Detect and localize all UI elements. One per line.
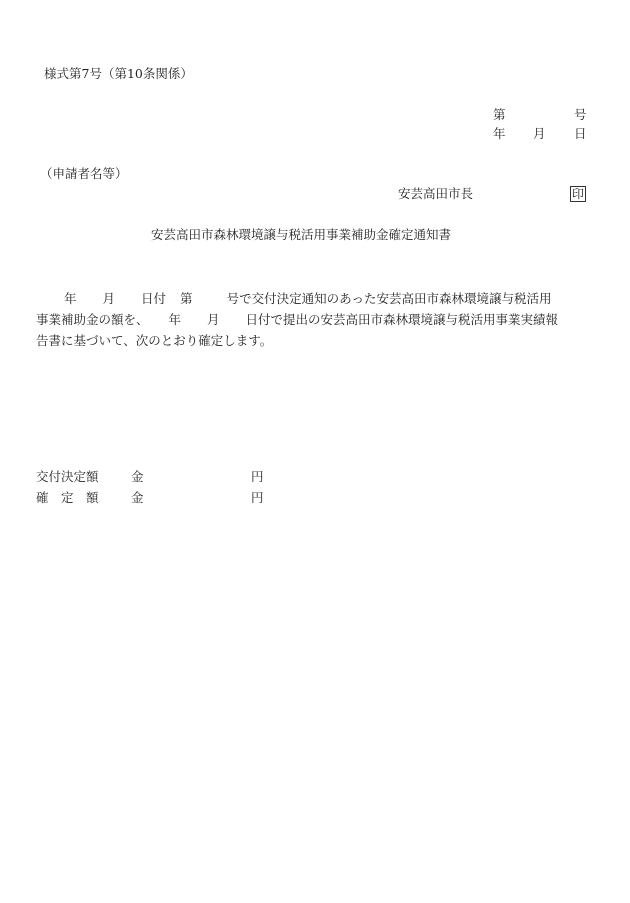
body-dai: 第 bbox=[180, 291, 193, 306]
doc-number-dai: 第 bbox=[493, 109, 506, 122]
body-line2-start: 事業補助金の額を、 bbox=[36, 312, 149, 327]
body-paragraph: 年月日付第号で交付決定通知のあった安芸高田市森林環境譲与税活用 事業補助金の額を… bbox=[36, 288, 592, 351]
amount-yen: 円 bbox=[251, 467, 264, 485]
amount-row-confirmed: 確 定 額 金 円 bbox=[0, 488, 630, 504]
seal-mark: 印 bbox=[570, 186, 586, 202]
amount-kin: 金 bbox=[131, 467, 144, 485]
body-line2-rest: 日付で提出の安芸高田市森林環境譲与税活用事業実績報 bbox=[246, 312, 559, 327]
body-month: 月 bbox=[103, 291, 116, 306]
date-day: 日 bbox=[574, 128, 587, 141]
body-year: 年 bbox=[64, 291, 77, 306]
applicant-label: （申請者名等） bbox=[40, 168, 128, 181]
document-title: 安芸高田市森林環境譲与税活用事業補助金確定通知書 bbox=[151, 229, 451, 242]
body-day: 日付 bbox=[141, 291, 166, 306]
amount-yen: 円 bbox=[251, 488, 264, 506]
body-line1-rest: 号で交付決定通知のあった安芸高田市森林環境譲与税活用 bbox=[227, 291, 552, 306]
amount-row-decision: 交付決定額 金 円 bbox=[0, 467, 630, 483]
issuer-name: 安芸高田市長 bbox=[398, 188, 473, 201]
form-number: 様式第7号（第10条関係） bbox=[44, 68, 193, 81]
date-month: 月 bbox=[533, 128, 546, 141]
body-month-2: 月 bbox=[207, 312, 220, 327]
body-line3: 告書に基づいて、次のとおり確定します。 bbox=[36, 330, 592, 351]
amount-label: 確 定 額 bbox=[36, 488, 99, 506]
amount-label: 交付決定額 bbox=[36, 467, 99, 485]
amount-kin: 金 bbox=[131, 488, 144, 506]
body-year-2: 年 bbox=[169, 312, 182, 327]
doc-number-go: 号 bbox=[574, 109, 587, 122]
date-year: 年 bbox=[493, 128, 506, 141]
